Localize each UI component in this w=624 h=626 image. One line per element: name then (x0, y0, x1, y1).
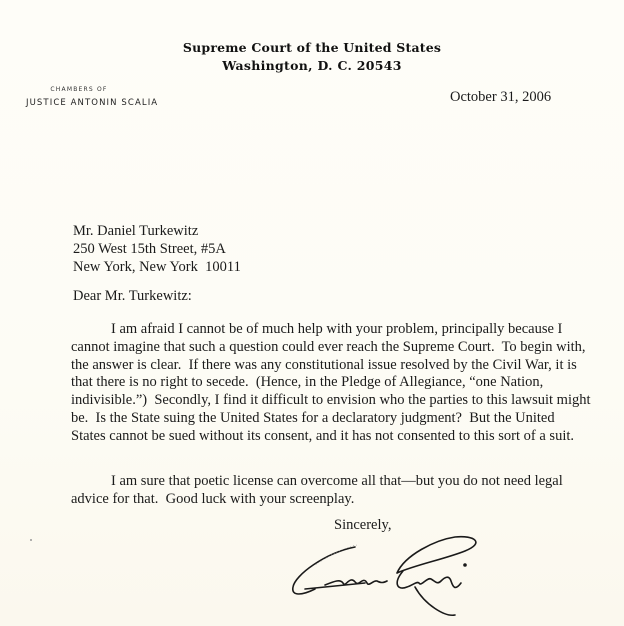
signature-icon (285, 525, 515, 625)
letterhead-address: Washington, D. C. 20543 (0, 58, 624, 73)
letter-page: Supreme Court of the United States Washi… (0, 0, 624, 626)
recipient-name: Mr. Daniel Turkewitz (73, 222, 241, 240)
paper-speck (30, 539, 32, 541)
recipient-address: Mr. Daniel Turkewitz 250 West 15th Stree… (73, 222, 241, 276)
recipient-city: New York, New York 10011 (73, 258, 241, 276)
salutation: Dear Mr. Turkewitz: (73, 288, 192, 305)
chambers-label: CHAMBERS OF (0, 86, 158, 93)
body-paragraph-2: I am sure that poetic license can overco… (71, 473, 591, 509)
letter-date: October 31, 2006 (450, 89, 551, 106)
body-paragraph-1: I am afraid I cannot be of much help wit… (71, 321, 591, 446)
recipient-street: 250 West 15th Street, #5A (73, 240, 241, 258)
letterhead-court-name: Supreme Court of the United States (0, 40, 624, 55)
chambers-justice-name: JUSTICE ANTONIN SCALIA (26, 98, 158, 108)
